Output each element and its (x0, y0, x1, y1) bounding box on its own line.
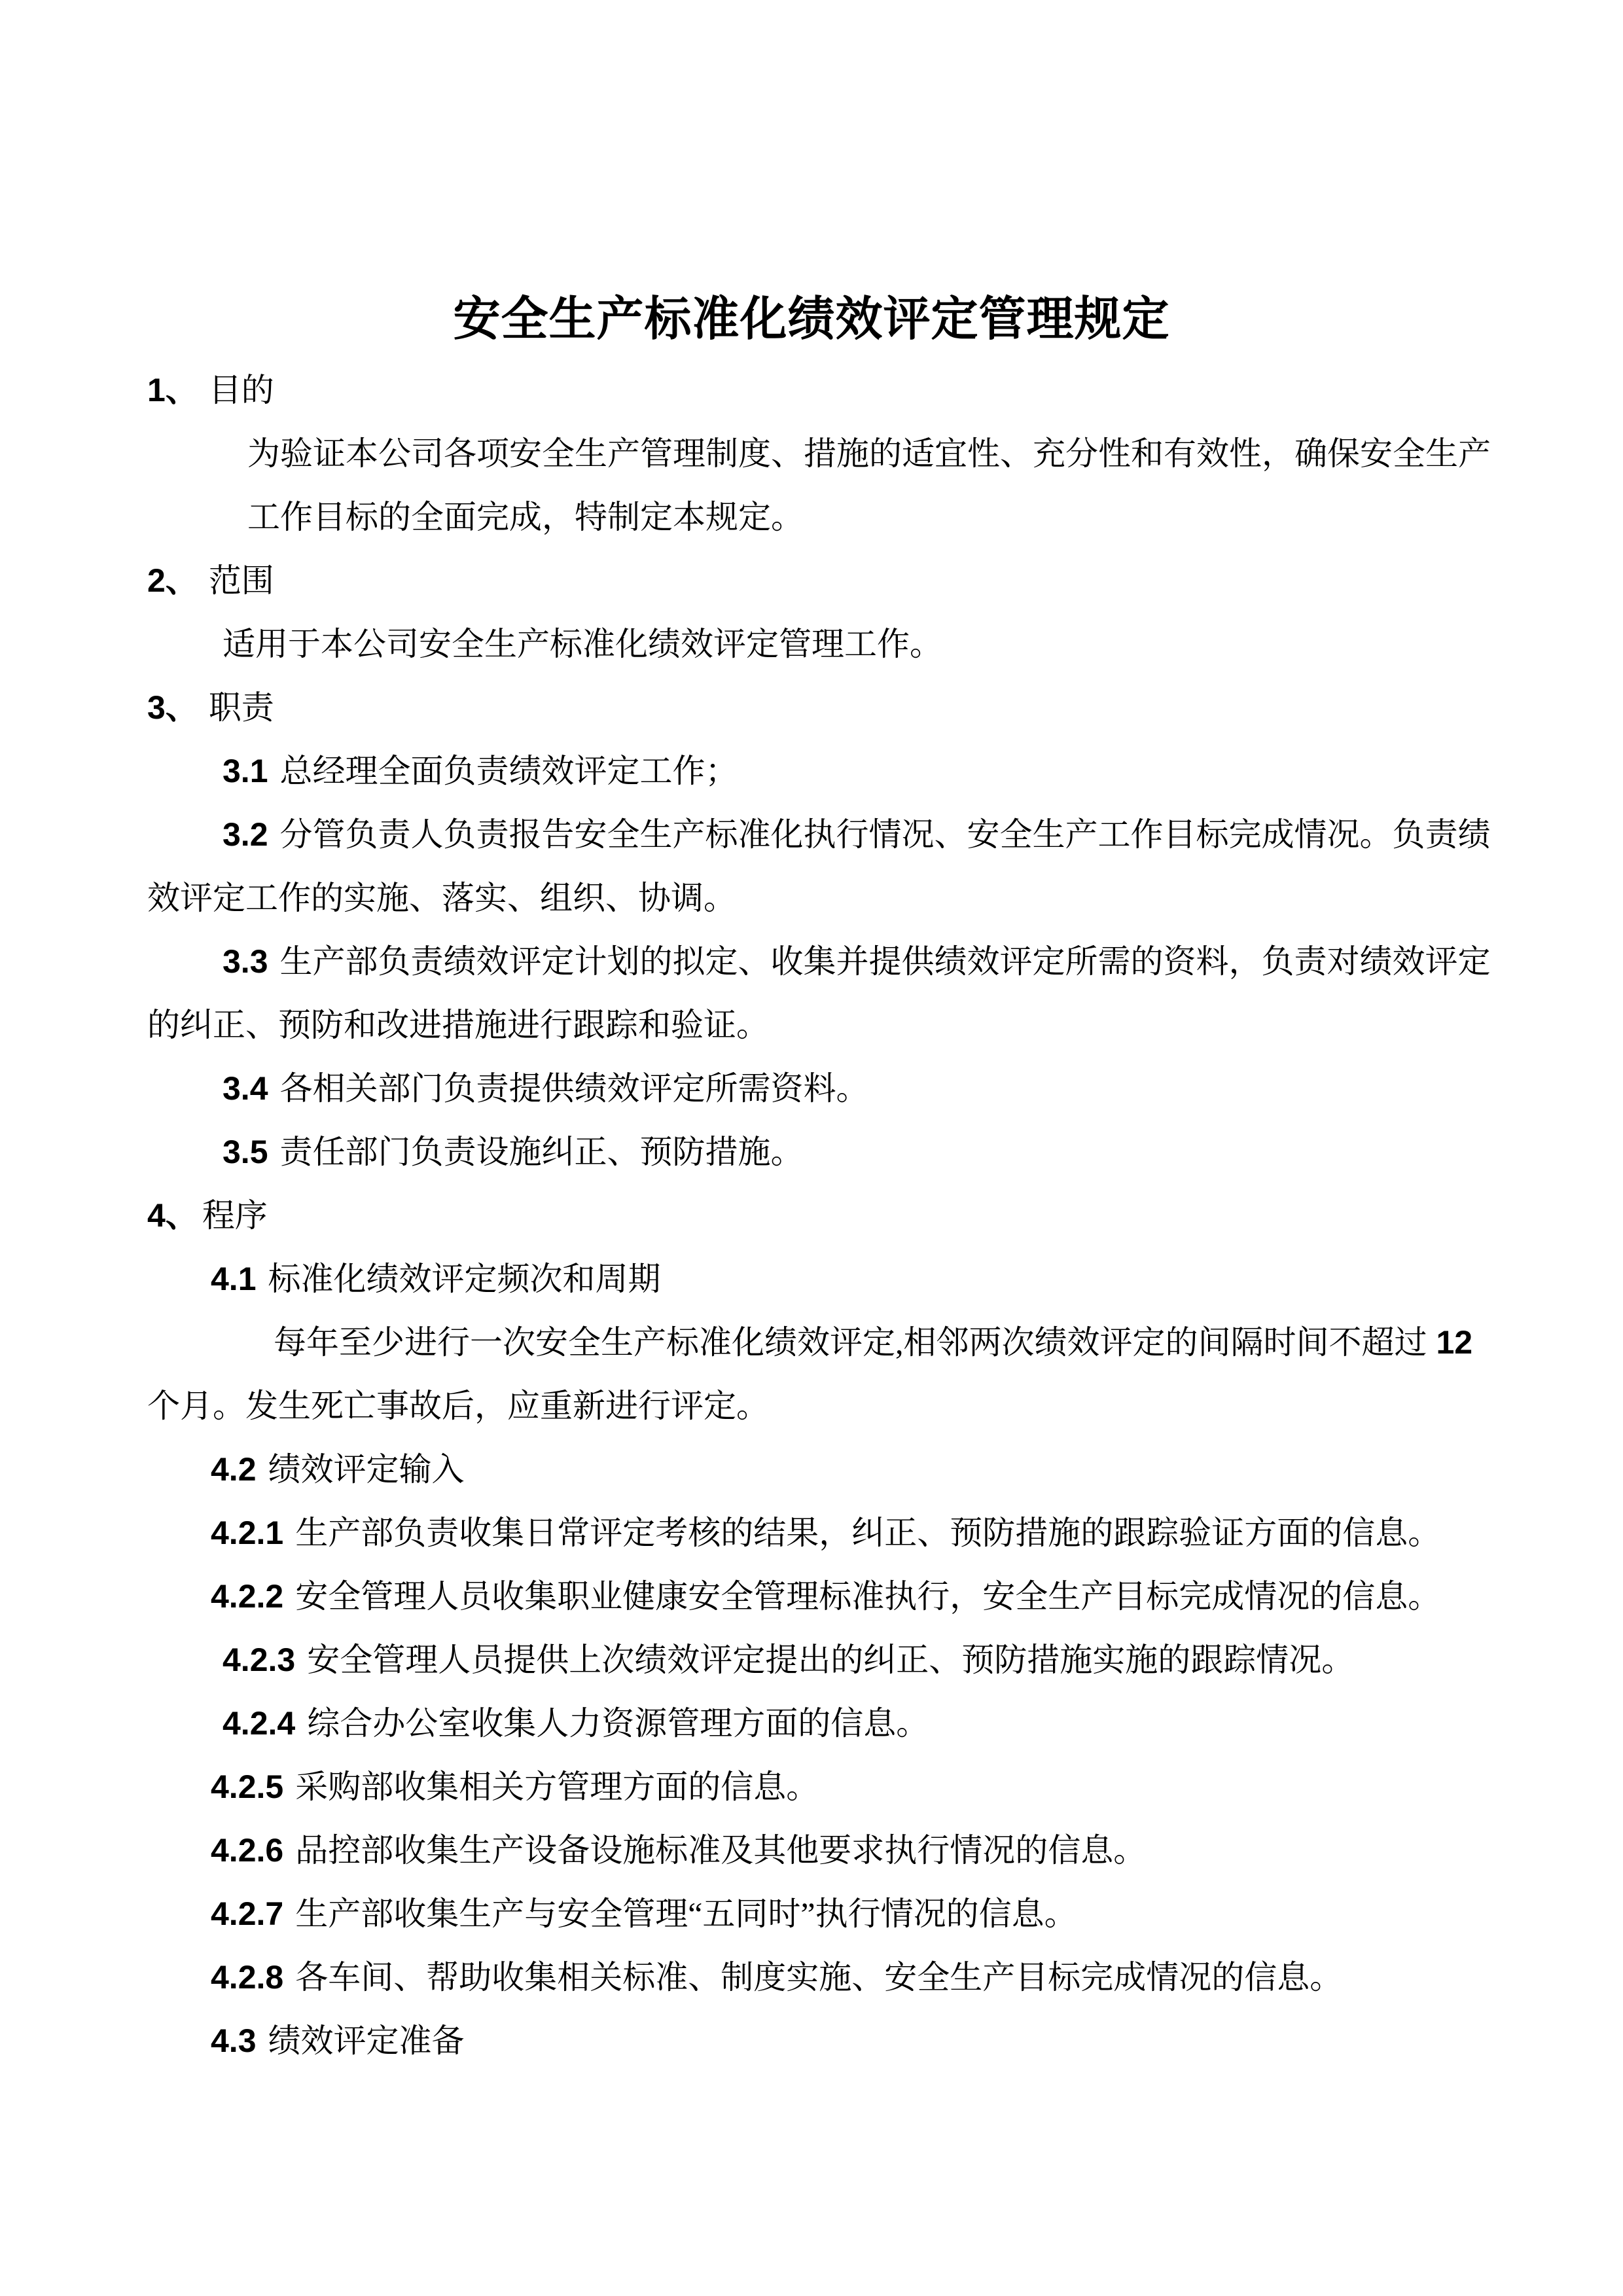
line-number: 3、 (147, 689, 198, 726)
line-number: 3.1 (223, 753, 268, 789)
doc-line-24: 4.2.6品控部收集生产设备设施标准及其他要求执行情况的信息。 (147, 1819, 1544, 1882)
line-number: 3.3 (223, 943, 268, 980)
line-text: 分管负责人负责报告安全生产标准化执行情况、安全生产工作目标完成情况。负责绩 (280, 816, 1491, 853)
line-number: 4、 (147, 1197, 198, 1234)
doc-line-19: 4.2.1生产部负责收集日常评定考核的结果，纠正、预防措施的跟踪验证方面的信息。 (147, 1501, 1544, 1565)
doc-line-1: 1、目的 (147, 359, 1544, 422)
line-number: 4.2.4 (223, 1705, 295, 1742)
document-title: 安全生产标准化绩效评定管理规定 (0, 0, 1623, 348)
line-text: 工作目标的全面完成，特制定本规定。 (247, 499, 804, 535)
line-number: 4.2 (211, 1451, 257, 1488)
line-number: 4.2.7 (211, 1895, 283, 1932)
line-number: 4.2.1 (211, 1515, 283, 1551)
doc-line-12: 3.4各相关部门负责提供绩效评定所需资料。 (147, 1057, 1544, 1121)
line-number: 4.2.5 (211, 1768, 283, 1805)
doc-line-11: 的纠正、预防和改进措施进行跟踪和验证。 (147, 994, 1544, 1057)
line-number: 4.2.2 (211, 1578, 283, 1615)
doc-line-23: 4.2.5采购部收集相关方管理方面的信息。 (147, 1755, 1544, 1819)
line-number: 4.2.3 (223, 1641, 295, 1678)
doc-line-6: 3、职责 (147, 676, 1544, 740)
line-text: 采购部收集相关方管理方面的信息。 (295, 1768, 819, 1805)
doc-line-25: 4.2.7生产部收集生产与安全管理“五同时”执行情况的信息。 (147, 1882, 1544, 1946)
doc-line-16: 每年至少进行一次安全生产标准化绩效评定,相邻两次绩效评定的间隔时间不超过12 (147, 1311, 1544, 1374)
doc-line-27: 4.3绩效评定准备 (147, 2009, 1544, 2073)
line-text: 绩效评定准备 (268, 2022, 465, 2059)
line-number: 4.1 (211, 1261, 257, 1297)
line-text: 的纠正、预防和改进措施进行跟踪和验证。 (147, 1007, 769, 1043)
line-text: 标准化绩效评定频次和周期 (268, 1261, 661, 1297)
doc-line-20: 4.2.2安全管理人员收集职业健康安全管理标准执行，安全生产目标完成情况的信息。 (147, 1565, 1544, 1628)
doc-line-2: 为验证本公司各项安全生产管理制度、措施的适宜性、充分性和有效性，确保安全生产 (147, 422, 1544, 486)
line-text: 范围 (209, 562, 274, 599)
line-text: 总经理全面负责绩效评定工作； (280, 753, 738, 789)
line-number: 3.2 (223, 816, 268, 853)
line-number: 3.4 (223, 1070, 268, 1107)
line-text: 适用于本公司安全生产标准化绩效评定管理工作。 (223, 626, 942, 662)
doc-line-4: 2、范围 (147, 549, 1544, 613)
line-text: 综合办公室收集人力资源管理方面的信息。 (307, 1705, 929, 1742)
doc-line-13: 3.5责任部门负责设施纠正、预防措施。 (147, 1121, 1544, 1184)
line-text: 效评定工作的实施、落实、组织、协调。 (147, 880, 736, 916)
doc-line-21: 4.2.3安全管理人员提供上次绩效评定提出的纠正、预防措施实施的跟踪情况。 (147, 1628, 1544, 1692)
line-number: 4.2.8 (211, 1959, 283, 1996)
line-text: 个月。发生死亡事故后，应重新进行评定。 (147, 1388, 769, 1424)
line-text: 程序 (202, 1197, 268, 1234)
doc-line-15: 4.1标准化绩效评定频次和周期 (147, 1247, 1544, 1311)
doc-line-10: 3.3生产部负责绩效评定计划的拟定、收集并提供绩效评定所需的资料，负责对绩效评定 (147, 930, 1544, 994)
line-text: 职责 (209, 689, 274, 726)
line-text: 绩效评定输入 (268, 1451, 465, 1488)
line-text: 为验证本公司各项安全生产管理制度、措施的适宜性、充分性和有效性，确保安全生产 (247, 435, 1491, 472)
line-text: 安全管理人员提供上次绩效评定提出的纠正、预防措施实施的跟踪情况。 (307, 1641, 1354, 1678)
line-number: 3.5 (223, 1134, 268, 1170)
line-text: 生产部收集生产与安全管理“五同时”执行情况的信息。 (295, 1895, 1077, 1932)
doc-line-7: 3.1总经理全面负责绩效评定工作； (147, 740, 1544, 803)
line-text: 各相关部门负责提供绩效评定所需资料。 (280, 1070, 869, 1107)
doc-line-9: 效评定工作的实施、落实、组织、协调。 (147, 867, 1544, 930)
doc-line-3: 工作目标的全面完成，特制定本规定。 (147, 486, 1544, 549)
line-text: 品控部收集生产设备设施标准及其他要求执行情况的信息。 (295, 1832, 1146, 1869)
document-body: 1、目的为验证本公司各项安全生产管理制度、措施的适宜性、充分性和有效性，确保安全… (147, 359, 1544, 2073)
line-number: 1、 (147, 372, 198, 408)
doc-line-26: 4.2.8各车间、帮助收集相关标准、制度实施、安全生产目标完成情况的信息。 (147, 1946, 1544, 2009)
doc-line-17: 个月。发生死亡事故后，应重新进行评定。 (147, 1374, 1544, 1438)
doc-line-14: 4、程序 (147, 1184, 1544, 1247)
doc-line-8: 3.2分管负责人负责报告安全生产标准化执行情况、安全生产工作目标完成情况。负责绩 (147, 803, 1544, 867)
inline-number: 12 (1436, 1324, 1473, 1361)
line-number: 2、 (147, 562, 198, 599)
doc-line-5: 适用于本公司安全生产标准化绩效评定管理工作。 (147, 613, 1544, 676)
line-number: 4.2.6 (211, 1832, 283, 1869)
doc-line-18: 4.2绩效评定输入 (147, 1438, 1544, 1501)
line-text: 各车间、帮助收集相关标准、制度实施、安全生产目标完成情况的信息。 (295, 1959, 1342, 1996)
doc-line-22: 4.2.4综合办公室收集人力资源管理方面的信息。 (147, 1692, 1544, 1755)
line-number: 4.3 (211, 2022, 257, 2059)
document-page: 安全生产标准化绩效评定管理规定 1、目的为验证本公司各项安全生产管理制度、措施的… (0, 0, 1623, 2296)
line-text: 责任部门负责设施纠正、预防措施。 (280, 1134, 804, 1170)
line-text: 安全管理人员收集职业健康安全管理标准执行，安全生产目标完成情况的信息。 (295, 1578, 1440, 1615)
line-text: 生产部负责绩效评定计划的拟定、收集并提供绩效评定所需的资料，负责对绩效评定 (280, 943, 1491, 980)
line-text: 生产部负责收集日常评定考核的结果，纠正、预防措施的跟踪验证方面的信息。 (295, 1515, 1440, 1551)
line-text: 每年至少进行一次安全生产标准化绩效评定,相邻两次绩效评定的间隔时间不超过 (274, 1324, 1427, 1361)
line-text: 目的 (209, 372, 274, 408)
